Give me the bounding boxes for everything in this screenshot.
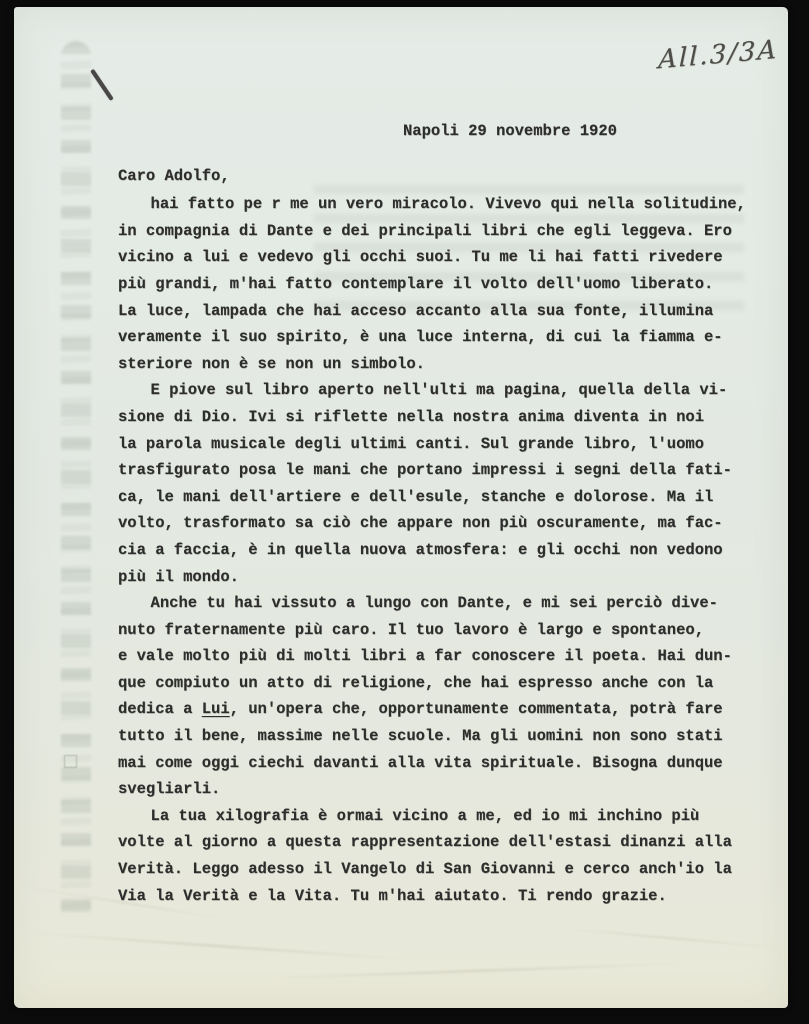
letter-body: hai fatto pe r me un vero miracolo. Vive… xyxy=(118,191,758,909)
letter-line: hai fatto pe r me un vero miracolo. Vive… xyxy=(118,191,758,218)
paragraph: E piove sul libro aperto nell'ulti ma pa… xyxy=(118,377,758,590)
letter-line: tutto il bene, massime nelle scuole. Ma … xyxy=(118,723,758,750)
letter-line: dedica a Lui, un'opera che, opportunamen… xyxy=(118,696,758,723)
pen-stroke-mark xyxy=(90,69,113,101)
letter-line: sione di Dio. Ivi si riflette nella nost… xyxy=(118,404,758,431)
bleedthrough-text-column xyxy=(61,41,91,923)
letter-line: cia a faccia, è in quella nuova atmosfer… xyxy=(118,537,758,564)
letter-line: steriore non è se non un simbolo. xyxy=(118,351,758,378)
paper-crease xyxy=(554,927,783,949)
letter-line: svegliarli. xyxy=(118,776,758,803)
letter-line: Anche tu hai vissuto a lungo con Dante, … xyxy=(118,590,758,617)
letter-line: volte al giorno a questa rappresentazion… xyxy=(118,829,758,856)
letter-line: mai come oggi ciechi davanti alla vita s… xyxy=(118,750,758,777)
letter-line: in compagnia di Dante e dei principali l… xyxy=(118,218,758,245)
letter-line: più grandi, m'hai fatto contemplare il v… xyxy=(118,271,758,298)
paragraph: Anche tu hai vissuto a lungo con Dante, … xyxy=(118,590,758,803)
paragraph: hai fatto pe r me un vero miracolo. Vive… xyxy=(118,191,758,377)
letter-line: La luce, lampada che hai acceso accanto … xyxy=(118,298,758,325)
letter-line: volto, trasformato sa ciò che appare non… xyxy=(118,510,758,537)
letter-content: Napoli 29 novembre 1920 Caro Adolfo, hai… xyxy=(118,7,758,909)
paper-crease xyxy=(22,931,411,960)
scanned-letter: All.3/3A Napoli 29 novembre 1920 Caro Ad… xyxy=(0,0,809,1024)
letter-line: Via la Verità e la Vita. Tu m'hai aiutat… xyxy=(118,883,758,910)
letter-line: veramente il suo spirito, è una luce int… xyxy=(118,324,758,351)
letter-line: più il mondo. xyxy=(118,564,758,591)
letter-line: La tua xilografia è ormai vicino a me, e… xyxy=(118,803,758,830)
letter-page: All.3/3A Napoli 29 novembre 1920 Caro Ad… xyxy=(14,7,788,1008)
letter-line: nuto fraternamente più caro. Il tuo lavo… xyxy=(118,617,758,644)
salutation: Caro Adolfo, xyxy=(118,163,758,190)
letter-line: ca, le mani dell'artiere e dell'esule, s… xyxy=(118,484,758,511)
paragraph: La tua xilografia è ormai vicino a me, e… xyxy=(118,803,758,909)
date-line: Napoli 29 novembre 1920 xyxy=(403,118,758,145)
letter-line: E piove sul libro aperto nell'ulti ma pa… xyxy=(118,377,758,404)
letter-line: trasfigurato posa le mani che portano im… xyxy=(118,457,758,484)
letter-line: que compiuto un atto di religione, che h… xyxy=(118,670,758,697)
letter-line: vicino a lui e vedevo gli occhi suoi. Tu… xyxy=(118,244,758,271)
letter-line: la parola musicale degli ultimi canti. S… xyxy=(118,431,758,458)
letter-line: Verità. Leggo adesso il Vangelo di San G… xyxy=(118,856,758,883)
bleedthrough-mark xyxy=(64,755,77,768)
paper-crease xyxy=(264,963,684,980)
letter-line: e vale molto più di molti libri a far co… xyxy=(118,643,758,670)
